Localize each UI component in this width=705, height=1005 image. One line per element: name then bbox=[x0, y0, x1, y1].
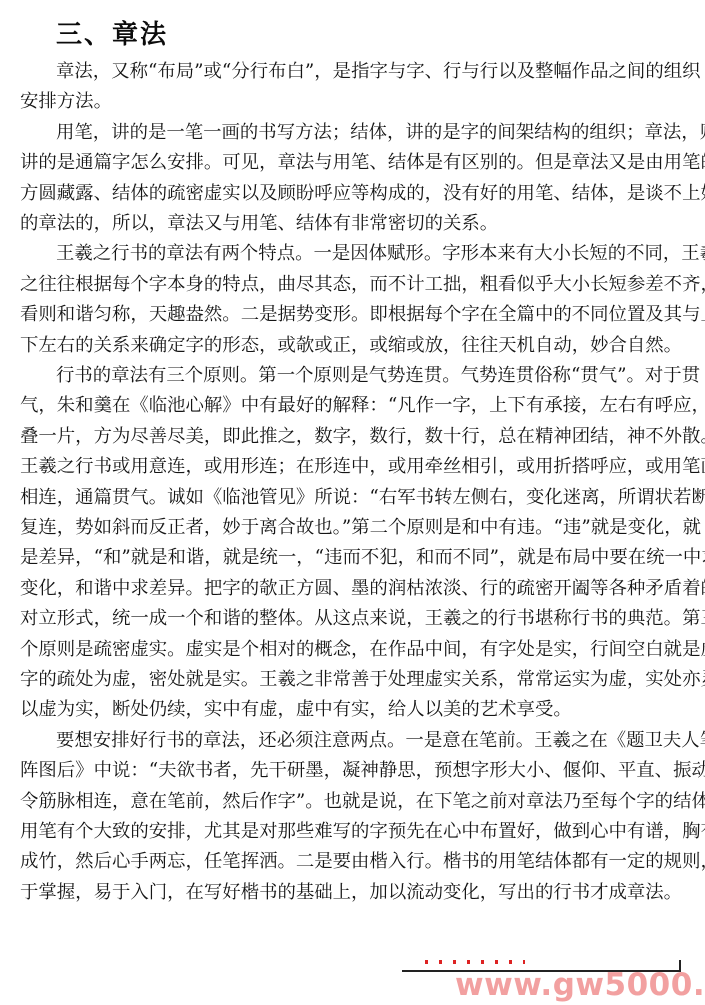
text-line: 相连，通篇贯气。诚如《临池管见》所说：“右军书转左侧右，变化迷离，所谓状若断而 bbox=[20, 483, 686, 513]
text-line: 下左右的关系来确定字的形态，或欹或正，或缩或放，往往天机自动，妙合自然。 bbox=[20, 331, 686, 361]
paragraph-first-line: 王羲之行书的章法有两个特点。一是因体赋形。字形本来有大小长短的不同，王羲 bbox=[56, 239, 686, 269]
text-line: 成竹，然后心手两忘，任笔挥洒。二是要由楷入行。楷书的用笔结体都有一定的规则，便 bbox=[20, 847, 686, 877]
text-line: 于掌握，易于入门，在写好楷书的基础上，加以流动变化，写出的行书才成章法。 bbox=[20, 878, 686, 908]
text-line: 字的疏处为虚，密处就是实。王羲之非常善于处理虚实关系，常常运实为虚，实处亦灵， bbox=[20, 665, 686, 695]
text-line: 是差异，“和”就是和谐，就是统一，“违而不犯，和而不同”，就是布局中要在统一中求 bbox=[20, 543, 686, 573]
paragraph-first-line: 章法，又称“布局”或“分行布白”，是指字与字、行与行以及整幅作品之间的组织 bbox=[56, 57, 686, 87]
text-line: 王羲之行书或用意连，或用形连；在形连中，或用牵丝相引，或用折搭呼应，或用笔画 bbox=[20, 452, 686, 482]
text-line: 的章法的，所以，章法又与用笔、结体有非常密切的关系。 bbox=[20, 209, 686, 239]
paragraph-first-line: 行书的章法有三个原则。第一个原则是气势连贯。气势连贯俗称“贯气”。对于贯 bbox=[56, 361, 686, 391]
section-title: 三、章法 bbox=[56, 14, 168, 51]
paragraph-first-line: 用笔，讲的是一笔一画的书写方法；结体，讲的是字的间架结构的组织；章法，则 bbox=[56, 118, 686, 148]
text-line: 安排方法。 bbox=[20, 87, 686, 117]
text-line: 用笔有个大致的安排，尤其是对那些难写的字预先在心中布置好，做到心中有谱，胸有 bbox=[20, 817, 686, 847]
document-page: 三、章法 章法，又称“布局”或“分行布白”，是指字与字、行与行以及整幅作品之间的… bbox=[0, 0, 705, 1005]
text-line: 看则和谐匀称，天趣盎然。二是据势变形。即根据每个字在全篇中的不同位置及其与上 bbox=[20, 300, 686, 330]
text-line: 变化，和谐中求差异。把字的欹正方圆、墨的润枯浓淡、行的疏密开阖等各种矛盾着的 bbox=[20, 574, 686, 604]
text-line: 叠一片，方为尽善尽美，即此推之，数字，数行，数十行，总在精神团结，神不外散。” bbox=[20, 422, 686, 452]
paragraph-first-line: 要想安排好行书的章法，还必须注意两点。一是意在笔前。王羲之在《题卫夫人笔 bbox=[56, 726, 686, 756]
text-line: 对立形式，统一成一个和谐的整体。从这点来说，王羲之的行书堪称行书的典范。第三 bbox=[20, 604, 686, 634]
text-line: 以虚为实，断处仍续，实中有虚，虚中有实，给人以美的艺术享受。 bbox=[20, 695, 686, 725]
text-line: 个原则是疏密虚实。虚实是个相对的概念，在作品中间，有字处是实，行间空白就是虚； bbox=[20, 635, 686, 665]
faded-red-caption bbox=[425, 960, 525, 964]
text-line: 之往往根据每个字本身的特点，曲尽其态，而不计工拙，粗看似乎大小长短参差不齐，细 bbox=[20, 270, 686, 300]
text-line: 方圆藏露、结体的疏密虚实以及顾盼呼应等构成的，没有好的用笔、结体，是谈不上好 bbox=[20, 179, 686, 209]
text-line: 气，朱和羹在《临池心解》中有最好的解释：“凡作一字，上下有承接，左右有呼应，打 bbox=[20, 391, 686, 421]
text-line: 讲的是通篇字怎么安排。可见，章法与用笔、结体是有区别的。但是章法又是由用笔的 bbox=[20, 148, 686, 178]
text-line: 令筋脉相连，意在笔前，然后作字”。也就是说，在下笔之前对章法乃至每个字的结体、 bbox=[20, 787, 686, 817]
text-line: 阵图后》中说：“夫欲书者，先干研墨，凝神静思，预想字形大小、偃仰、平直、振动， bbox=[20, 756, 686, 786]
site-watermark: www.gw5000.com bbox=[455, 967, 705, 1003]
text-line: 复连，势如斜而反正者，妙于离合故也。”第二个原则是和中有违。“违”就是变化，就 bbox=[20, 513, 686, 543]
